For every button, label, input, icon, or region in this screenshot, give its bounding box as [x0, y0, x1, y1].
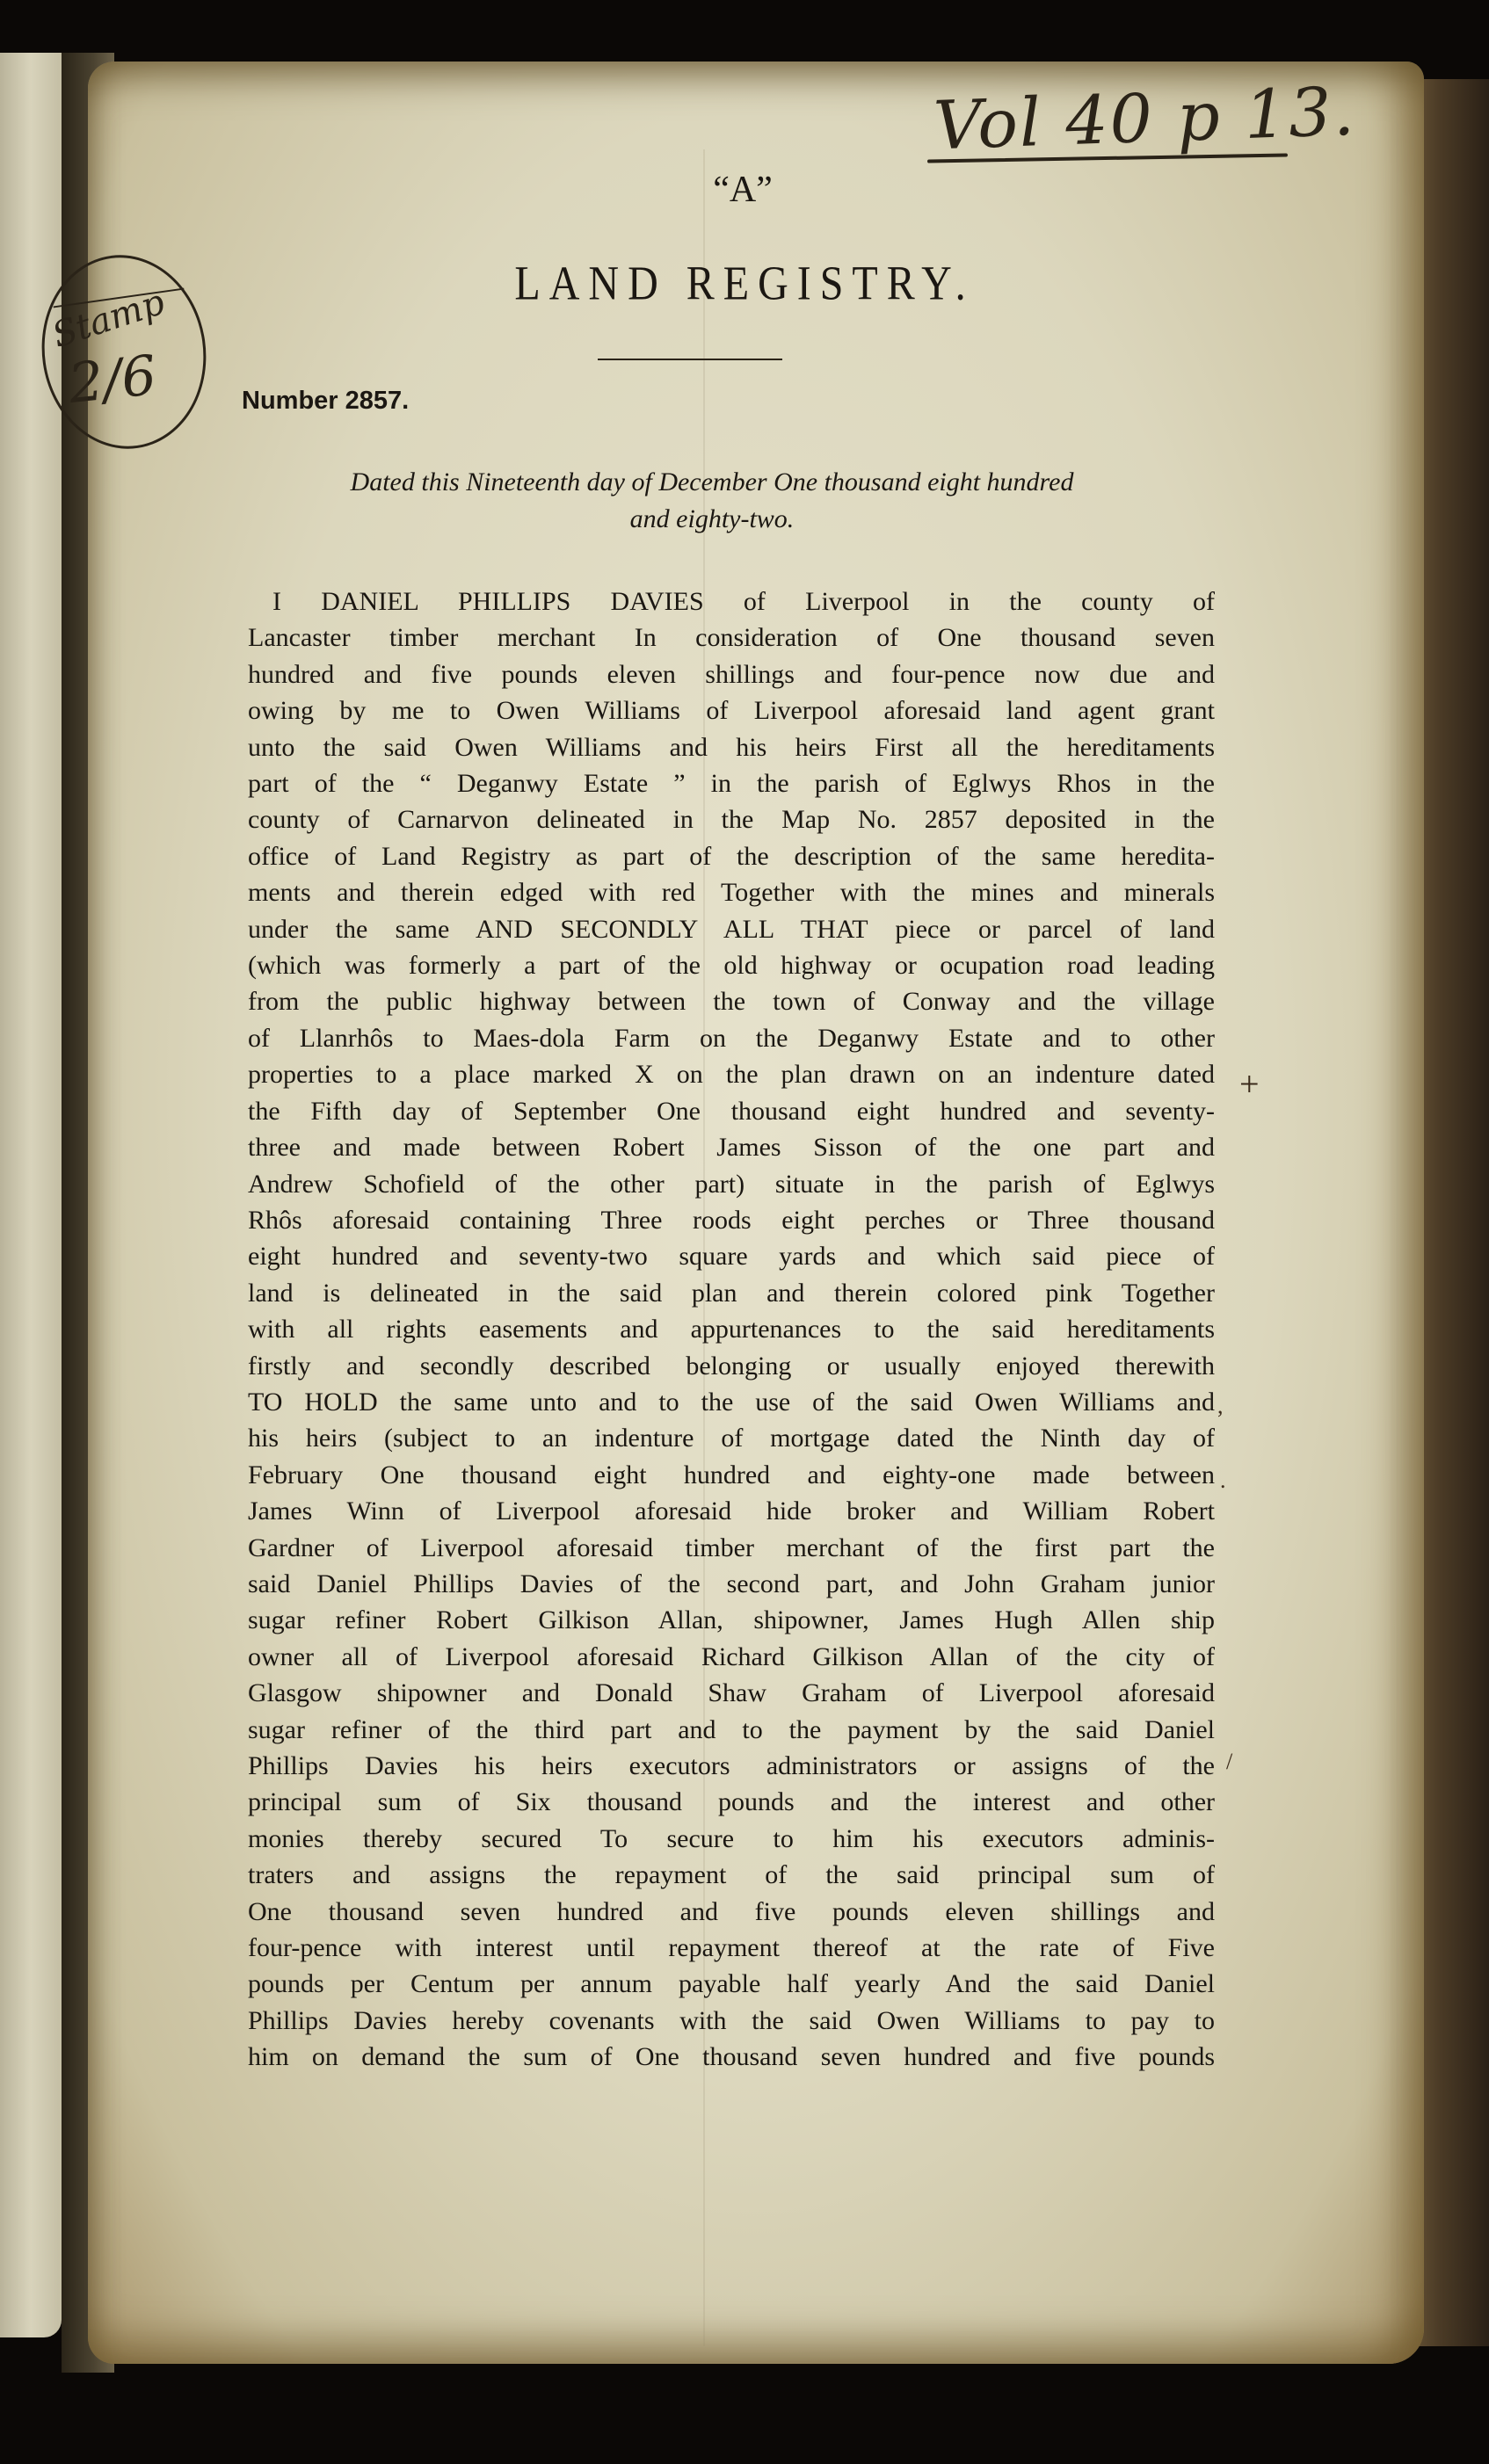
- deed-text-line: pounds per Centum per annum payable half…: [248, 1966, 1215, 2002]
- schedule-letter: “A”: [0, 169, 1489, 211]
- deed-text-line: land is delineated in the said plan and …: [248, 1275, 1215, 1311]
- title-divider: [598, 359, 782, 360]
- deed-text-line: unto the said Owen Williams and his heir…: [248, 729, 1215, 765]
- deed-text-line: properties to a place marked X on the pl…: [248, 1056, 1215, 1092]
- deed-text-line: Gardner of Liverpool aforesaid timber me…: [248, 1530, 1215, 1566]
- registry-number: Number 2857.: [242, 387, 409, 416]
- deed-text-line: Rhôs aforesaid containing Three roods ei…: [248, 1202, 1215, 1238]
- deed-text-line: owner all of Liverpool aforesaid Richard…: [248, 1639, 1215, 1675]
- handwritten-volume-reference: Vol 40 p 13.: [933, 72, 1357, 165]
- deed-text-line: four-pence with interest until repayment…: [248, 1930, 1215, 1966]
- deed-text-line: TO HOLD the same unto and to the use of …: [248, 1384, 1215, 1420]
- deed-text-line: hundred and five pounds eleven shillings…: [248, 656, 1215, 692]
- deed-text-line: monies thereby secured To secure to him …: [248, 1821, 1215, 1857]
- deed-text-line: principal sum of Six thousand pounds and…: [248, 1784, 1215, 1820]
- deed-text-line: part of the “ Deganwy Estate ” in the pa…: [248, 765, 1215, 801]
- deed-text-line: him on demand the sum of One thousand se…: [248, 2039, 1215, 2075]
- schedule-letter-text: “A”: [713, 170, 773, 210]
- deed-text-line: from the public highway between the town…: [248, 983, 1215, 1019]
- margin-tick-icon: .: [1220, 1468, 1226, 1494]
- deed-text-line: Phillips Davies hereby covenants with th…: [248, 2003, 1215, 2039]
- deed-text-line: traters and assigns the repayment of the…: [248, 1857, 1215, 1893]
- margin-tick-icon: ,: [1217, 1393, 1224, 1419]
- deed-text-line: Glasgow shipowner and Donald Shaw Graham…: [248, 1675, 1215, 1711]
- deed-text-line: of Llanrhôs to Maes-dola Farm on the Deg…: [248, 1020, 1215, 1056]
- deed-body: I DANIEL PHILLIPS DAVIES of Liverpool in…: [248, 583, 1215, 2076]
- deed-text-line: February One thousand eight hundred and …: [248, 1457, 1215, 1493]
- deed-text-line: Phillips Davies his heirs executors admi…: [248, 1748, 1215, 1784]
- deed-text-line: (which was formerly a part of the old hi…: [248, 947, 1215, 983]
- deed-text-line: office of Land Registry as part of the d…: [248, 838, 1215, 874]
- deed-text-line: eight hundred and seventy-two square yar…: [248, 1238, 1215, 1274]
- date-line-1: Dated this Nineteenth day of December On…: [237, 464, 1187, 501]
- deed-text-line: said Daniel Phillips Davies of the secon…: [248, 1566, 1215, 1602]
- deed-text-line: Lancaster timber merchant In considerati…: [248, 620, 1215, 656]
- deed-text-line: the Fifth day of September One thousand …: [248, 1093, 1215, 1129]
- deed-text-line: sugar refiner of the third part and to t…: [248, 1712, 1215, 1748]
- deed-text-line: three and made between Robert James Siss…: [248, 1129, 1215, 1165]
- document-title: LAND REGISTRY.: [0, 256, 1489, 311]
- deed-text-line: sugar refiner Robert Gilkison Allan, shi…: [248, 1602, 1215, 1638]
- deed-text-line: Andrew Schofield of the other part) situ…: [248, 1166, 1215, 1202]
- date-line-2: and eighty-two.: [237, 501, 1187, 538]
- margin-stroke-icon: /: [1226, 1749, 1232, 1775]
- deed-text-line: owing by me to Owen Williams of Liverpoo…: [248, 692, 1215, 728]
- margin-cross-mark-icon: +: [1239, 1063, 1260, 1105]
- deed-text-line: his heirs (subject to an indenture of mo…: [248, 1420, 1215, 1456]
- deed-text-line: I DANIEL PHILLIPS DAVIES of Liverpool in…: [248, 583, 1215, 620]
- date-clause: Dated this Nineteenth day of December On…: [237, 464, 1187, 538]
- deed-text-line: James Winn of Liverpool aforesaid hide b…: [248, 1493, 1215, 1529]
- deed-text-line: with all rights easements and appurtenan…: [248, 1311, 1215, 1347]
- deed-text-line: One thousand seven hundred and five poun…: [248, 1894, 1215, 1930]
- deed-text-line: ments and therein edged with red Togethe…: [248, 874, 1215, 910]
- stamp-value: 2/6: [65, 343, 159, 416]
- deed-text-line: firstly and secondly described belonging…: [248, 1348, 1215, 1384]
- deed-text-line: under the same AND SECONDLY ALL THAT pie…: [248, 911, 1215, 947]
- deed-text-line: county of Carnarvon delineated in the Ma…: [248, 801, 1215, 837]
